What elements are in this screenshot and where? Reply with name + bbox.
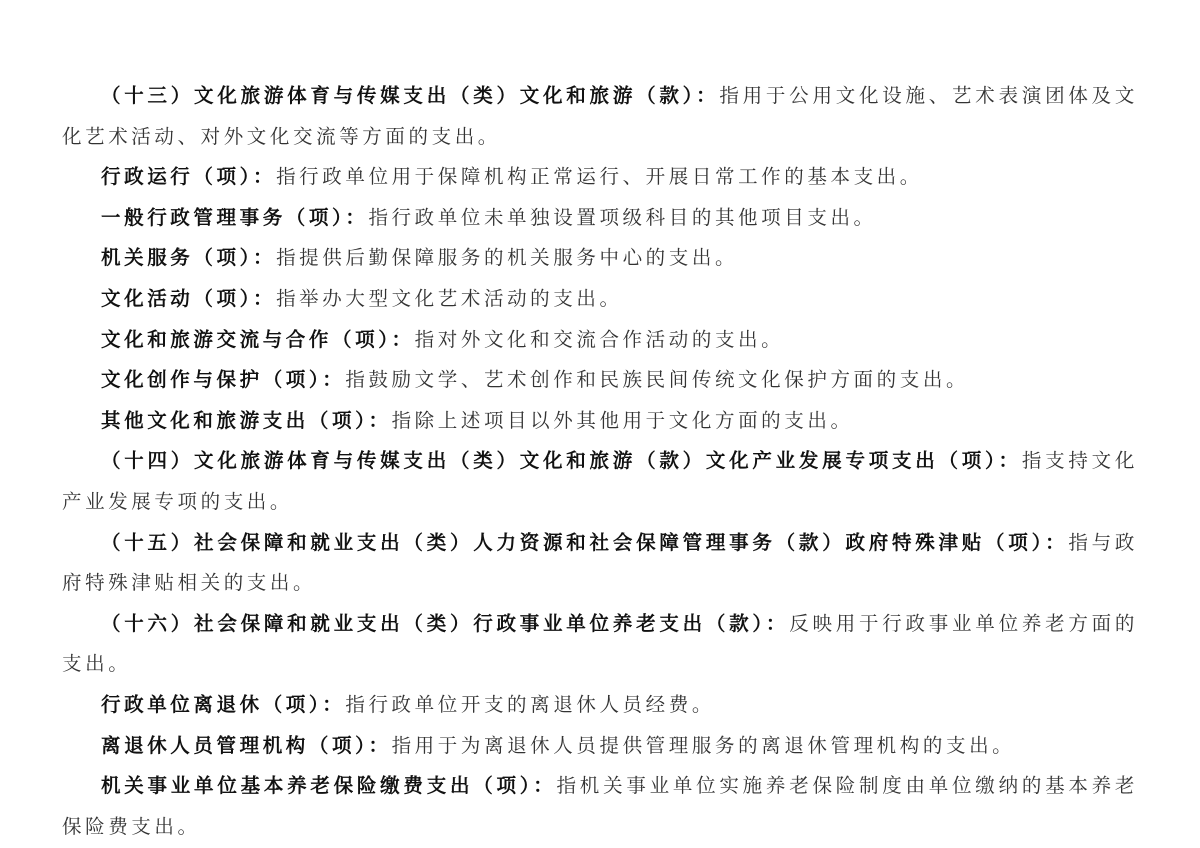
item-heading: 行政单位离退休（项）： — [101, 693, 345, 716]
item-heading: （十六）社会保障和就业支出（类）行政事业单位养老支出（款）： — [101, 612, 789, 635]
item-description: 指举办大型文化艺术活动的支出。 — [276, 287, 623, 310]
item-heading: 机关服务（项）： — [101, 246, 276, 269]
document-page: （十三）文化旅游体育与传媒支出（类）文化和旅游（款）：指用于公用文化设施、艺术表… — [62, 76, 1138, 847]
item-description: 指行政单位开支的离退休人员经费。 — [345, 693, 715, 716]
item-description: 指鼓励文学、艺术创作和民族民间传统文化保护方面的支出。 — [345, 368, 969, 391]
paragraph-cultural-activities: 文化活动（项）：指举办大型文化艺术活动的支出。 — [62, 279, 1138, 320]
paragraph-admin-operation: 行政运行（项）：指行政单位用于保障机构正常运行、开展日常工作的基本支出。 — [62, 157, 1138, 198]
item-heading: 机关事业单位基本养老保险缴费支出（项）： — [101, 774, 557, 797]
item-heading: 文化活动（项）： — [101, 287, 276, 310]
item-heading: 一般行政管理事务（项）： — [101, 206, 368, 229]
item-description: 指对外文化和交流合作活动的支出。 — [415, 328, 785, 351]
paragraph-14-culture-industry: （十四）文化旅游体育与传媒支出（类）文化和旅游（款）文化产业发展专项支出（项）：… — [62, 441, 1138, 522]
paragraph-admin-retirement: 行政单位离退休（项）：指行政单位开支的离退休人员经费。 — [62, 685, 1138, 726]
item-description: 指提供后勤保障服务的机关服务中心的支出。 — [276, 246, 738, 269]
item-heading: 文化创作与保护（项）： — [101, 368, 345, 391]
item-description: 指行政单位未单独设置项级科目的其他项目支出。 — [368, 206, 876, 229]
paragraph-16-pension: （十六）社会保障和就业支出（类）行政事业单位养老支出（款）：反映用于行政事业单位… — [62, 604, 1138, 685]
paragraph-exchange-cooperation: 文化和旅游交流与合作（项）：指对外文化和交流合作活动的支出。 — [62, 320, 1138, 361]
paragraph-agency-services: 机关服务（项）：指提供后勤保障服务的机关服务中心的支出。 — [62, 238, 1138, 279]
item-heading: 其他文化和旅游支出（项）： — [101, 409, 392, 432]
item-heading: （十四）文化旅游体育与传媒支出（类）文化和旅游（款）文化产业发展专项支出（项）： — [101, 449, 1022, 472]
paragraph-15-special-allowance: （十五）社会保障和就业支出（类）人力资源和社会保障管理事务（款）政府特殊津贴（项… — [62, 523, 1138, 604]
item-heading: 文化和旅游交流与合作（项）： — [101, 328, 415, 351]
paragraph-pension-insurance: 机关事业单位基本养老保险缴费支出（项）：指机关事业单位实施养老保险制度由单位缴纳… — [62, 766, 1138, 847]
paragraph-13-culture-tourism: （十三）文化旅游体育与传媒支出（类）文化和旅游（款）：指用于公用文化设施、艺术表… — [62, 76, 1138, 157]
paragraph-creation-protection: 文化创作与保护（项）：指鼓励文学、艺术创作和民族民间传统文化保护方面的支出。 — [62, 360, 1138, 401]
item-heading: 行政运行（项）： — [101, 165, 276, 188]
item-description: 指用于为离退休人员提供管理服务的离退休管理机构的支出。 — [392, 734, 1016, 757]
item-heading: 离退休人员管理机构（项）： — [101, 734, 392, 757]
item-description: 指除上述项目以外其他用于文化方面的支出。 — [392, 409, 854, 432]
item-heading: （十三）文化旅游体育与传媒支出（类）文化和旅游（款）： — [101, 84, 719, 107]
paragraph-general-admin-affairs: 一般行政管理事务（项）：指行政单位未单独设置项级科目的其他项目支出。 — [62, 198, 1138, 239]
paragraph-other-culture-tourism: 其他文化和旅游支出（项）：指除上述项目以外其他用于文化方面的支出。 — [62, 401, 1138, 442]
item-description: 指行政单位用于保障机构正常运行、开展日常工作的基本支出。 — [276, 165, 923, 188]
item-heading: （十五）社会保障和就业支出（类）人力资源和社会保障管理事务（款）政府特殊津贴（项… — [101, 531, 1068, 554]
paragraph-retiree-management: 离退休人员管理机构（项）：指用于为离退休人员提供管理服务的离退休管理机构的支出。 — [62, 726, 1138, 767]
